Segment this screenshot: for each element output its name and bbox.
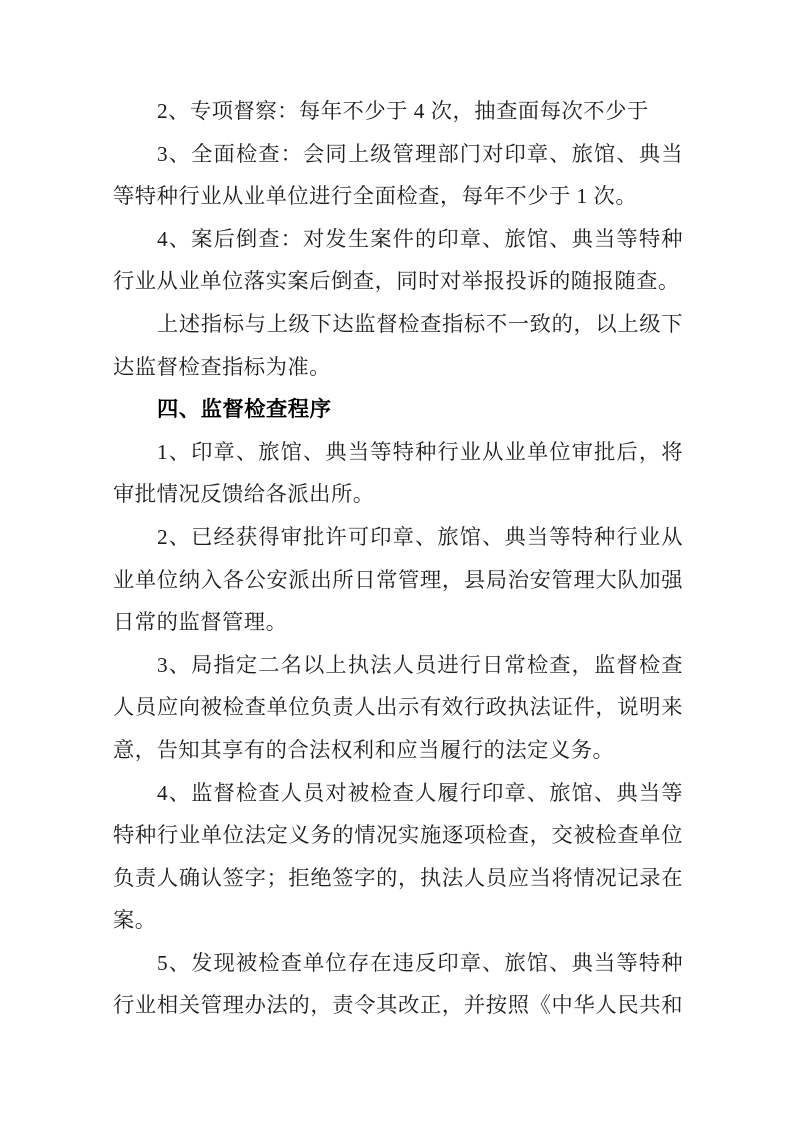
- document-line: 3、局指定二名以上执法人员进行日常检查，监督检查: [113, 644, 683, 687]
- document-line: 日常的监督管理。: [113, 601, 683, 644]
- document-page: 2、专项督察：每年不少于 4 次，抽查面每次不少于 30%。 3、全面检查：会同…: [0, 0, 793, 1122]
- document-line: 达监督检查指标为准。: [113, 346, 683, 389]
- document-line: 2、专项督察：每年不少于 4 次，抽查面每次不少于 30%。: [113, 90, 683, 133]
- document-line: 4、案后倒查：对发生案件的印章、旅馆、典当等特种: [113, 218, 683, 261]
- document-line: 上述指标与上级下达监督检查指标不一致的，以上级下: [113, 303, 683, 346]
- document-body: 2、专项督察：每年不少于 4 次，抽查面每次不少于 30%。 3、全面检查：会同…: [113, 90, 683, 1027]
- document-line: 等特种行业从业单位进行全面检查，每年不少于 1 次。: [113, 175, 683, 218]
- document-line: 4、监督检查人员对被检查人履行印章、旅馆、典当等: [113, 772, 683, 815]
- document-line: 意，告知其享有的合法权利和应当履行的法定义务。: [113, 729, 683, 772]
- document-line: 行业相关管理办法的，责令其改正，并按照《中华人民共和: [113, 984, 683, 1027]
- document-line: 负责人确认签字；拒绝签字的，执法人员应当将情况记录在: [113, 857, 683, 900]
- document-line: 案。: [113, 899, 683, 942]
- document-line: 2、已经获得审批许可印章、旅馆、典当等特种行业从: [113, 516, 683, 559]
- document-line: 3、全面检查：会同上级管理部门对印章、旅馆、典当: [113, 133, 683, 176]
- document-line: 行业从业单位落实案后倒查，同时对举报投诉的随报随查。: [113, 260, 683, 303]
- document-line: 5、发现被检查单位存在违反印章、旅馆、典当等特种: [113, 942, 683, 985]
- document-line: 业单位纳入各公安派出所日常管理，县局治安管理大队加强: [113, 559, 683, 602]
- document-line: 审批情况反馈给各派出所。: [113, 473, 683, 516]
- document-line: 人员应向被检查单位负责人出示有效行政执法证件，说明来: [113, 686, 683, 729]
- document-line: 特种行业单位法定义务的情况实施逐项检查，交被检查单位: [113, 814, 683, 857]
- document-line: 1、印章、旅馆、典当等特种行业从业单位审批后，将: [113, 431, 683, 474]
- section-heading: 四、监督检查程序: [113, 388, 683, 431]
